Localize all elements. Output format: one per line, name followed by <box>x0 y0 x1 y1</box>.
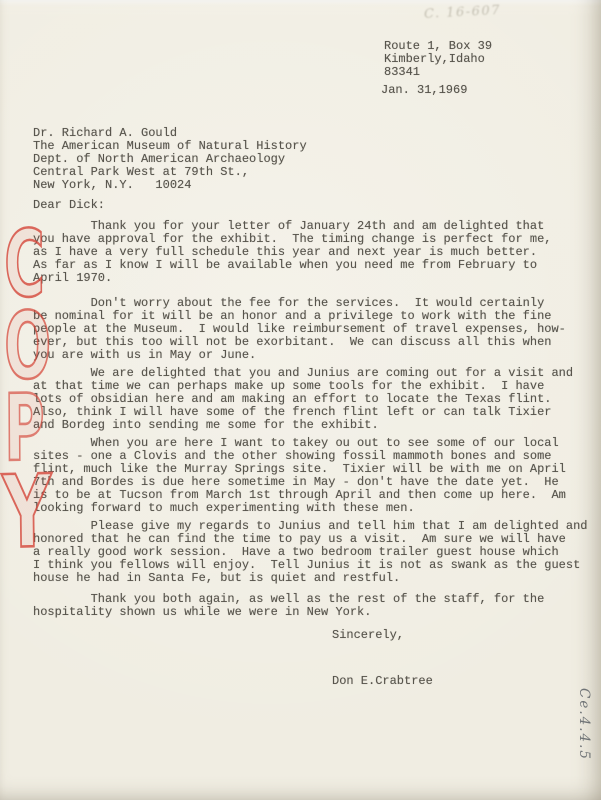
paragraph-3: We are delighted that you and Junius are… <box>33 367 573 432</box>
copy-stamp-letter-y: Y <box>2 469 52 556</box>
paragraph-2: Don't worry about the fee for the servic… <box>33 297 566 362</box>
pencil-note-side: Ce.4.4.5 <box>576 688 592 761</box>
sender-address: Route 1, Box 39 Kimberly,Idaho 83341 <box>384 40 492 79</box>
paragraph-4: When you are here I want to takey ou out… <box>33 437 566 515</box>
signature-name: Don E.Crabtree <box>332 675 433 688</box>
pencil-note-top: C. 16-607 <box>424 3 502 22</box>
recipient-address: Dr. Richard A. Gould The American Museum… <box>33 127 307 192</box>
paragraph-5: Please give my regards to Junius and tel… <box>33 520 588 585</box>
closing: Sincerely, <box>332 629 404 642</box>
paragraph-1: Thank you for your letter of January 24t… <box>33 220 551 285</box>
letter-date: Jan. 31,1969 <box>381 84 467 97</box>
paragraph-6: Thank you both again, as well as the res… <box>33 593 544 619</box>
letter-page: C. 16-607 Route 1, Box 39 Kimberly,Idaho… <box>0 0 601 800</box>
